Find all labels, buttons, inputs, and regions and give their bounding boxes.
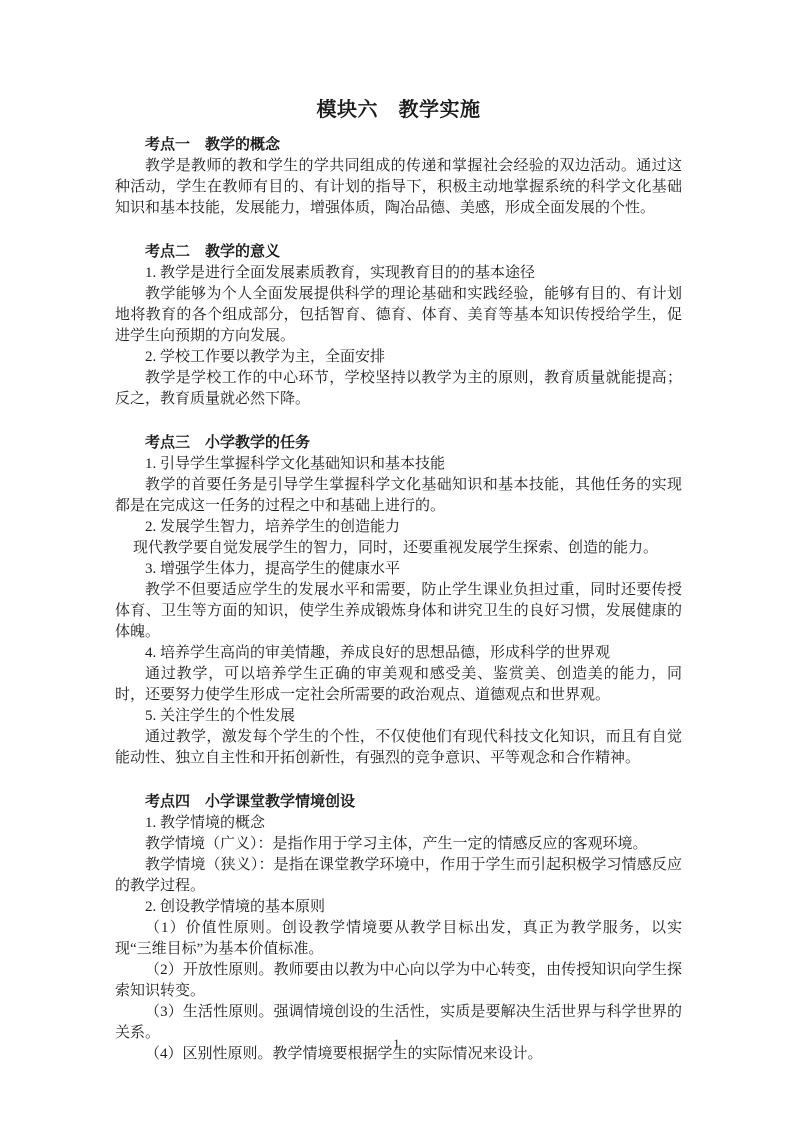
paragraph: 教学是学校工作的中心环节，学校坚持以教学为主的原则，教育质量就能提高；反之，教育… [115, 368, 682, 410]
section-heading: 考点二 教学的意义 [115, 242, 682, 263]
section-exam-point-1: 考点一 教学的概念 教学是教师的教和学生的学共同组成的传递和掌握社会经验的双边活… [115, 135, 682, 219]
numbered-item: 2. 发展学生智力，培养学生的创造能力 [115, 517, 682, 538]
list-item-principle: （2）开放性原则。教师要由以教为中心向以学为中心转变，由传授知识向学生探索知识转… [115, 960, 682, 1002]
section-heading: 考点一 教学的概念 [115, 135, 682, 156]
section-exam-point-3: 考点三 小学教学的任务 1. 引导学生掌握科学文化基础知识和基本技能 教学的首要… [115, 433, 682, 769]
section-heading: 考点三 小学教学的任务 [115, 433, 682, 454]
document-page: 模块六 教学实施 考点一 教学的概念 教学是教师的教和学生的学共同组成的传递和掌… [0, 0, 793, 1122]
paragraph: 教学是教师的教和学生的学共同组成的传递和掌握社会经验的双边活动。通过这种活动，学… [115, 156, 682, 219]
numbered-item: 2. 学校工作要以教学为主，全面安排 [115, 347, 682, 368]
paragraph: 教学不但要适应学生的发展水平和需要，防止学生课业负担过重，同时还要传授体育、卫生… [115, 580, 682, 643]
paragraph: 教学情境（广义）：是指作用于学习主体，产生一定的情感反应的客观环境。 [115, 834, 682, 855]
section-exam-point-4: 考点四 小学课堂教学情境创设 1. 教学情境的概念 教学情境（广义）：是指作用于… [115, 792, 682, 1065]
document-title: 模块六 教学实施 [115, 97, 682, 123]
document-content: 模块六 教学实施 考点一 教学的概念 教学是教师的教和学生的学共同组成的传递和掌… [115, 97, 682, 1065]
paragraph: 现代教学要自觉发展学生的智力，同时，还要重视发展学生探索、创造的能力。 [115, 538, 682, 559]
numbered-item: 1. 教学是进行全面发展素质教育，实现教育目的的基本途径 [115, 263, 682, 284]
numbered-item: 4. 培养学生高尚的审美情趣，养成良好的思想品德，形成科学的世界观 [115, 643, 682, 664]
section-heading: 考点四 小学课堂教学情境创设 [115, 792, 682, 813]
numbered-item: 1. 教学情境的概念 [115, 813, 682, 834]
numbered-item: 2. 创设教学情境的基本原则 [115, 897, 682, 918]
paragraph: 教学情境（狭义）：是指在课堂教学环境中，作用于学生而引起积极学习情感反应的教学过… [115, 855, 682, 897]
section-exam-point-2: 考点二 教学的意义 1. 教学是进行全面发展素质教育，实现教育目的的基本途径 教… [115, 242, 682, 410]
numbered-item: 3. 增强学生体力，提高学生的健康水平 [115, 559, 682, 580]
paragraph: 教学能够为个人全面发展提供科学的理论基础和实践经验，能够有目的、有计划地将教育的… [115, 284, 682, 347]
paragraph: 通过教学，激发每个学生的个性，不仅使他们有现代科技文化知识，而且有自觉能动性、独… [115, 727, 682, 769]
numbered-item: 1. 引导学生掌握科学文化基础知识和基本技能 [115, 454, 682, 475]
numbered-item: 5. 关注学生的个性发展 [115, 706, 682, 727]
list-item-principle: （1）价值性原则。创设教学情境要从教学目标出发，真正为教学服务，以实现“三维目标… [115, 918, 682, 960]
paragraph: 教学的首要任务是引导学生掌握科学文化基础知识和基本技能，其他任务的实现都是在完成… [115, 475, 682, 517]
page-number: 1 [0, 1036, 793, 1052]
paragraph: 通过教学，可以培养学生正确的审美观和感受美、鉴赏美、创造美的能力，同时，还要努力… [115, 664, 682, 706]
